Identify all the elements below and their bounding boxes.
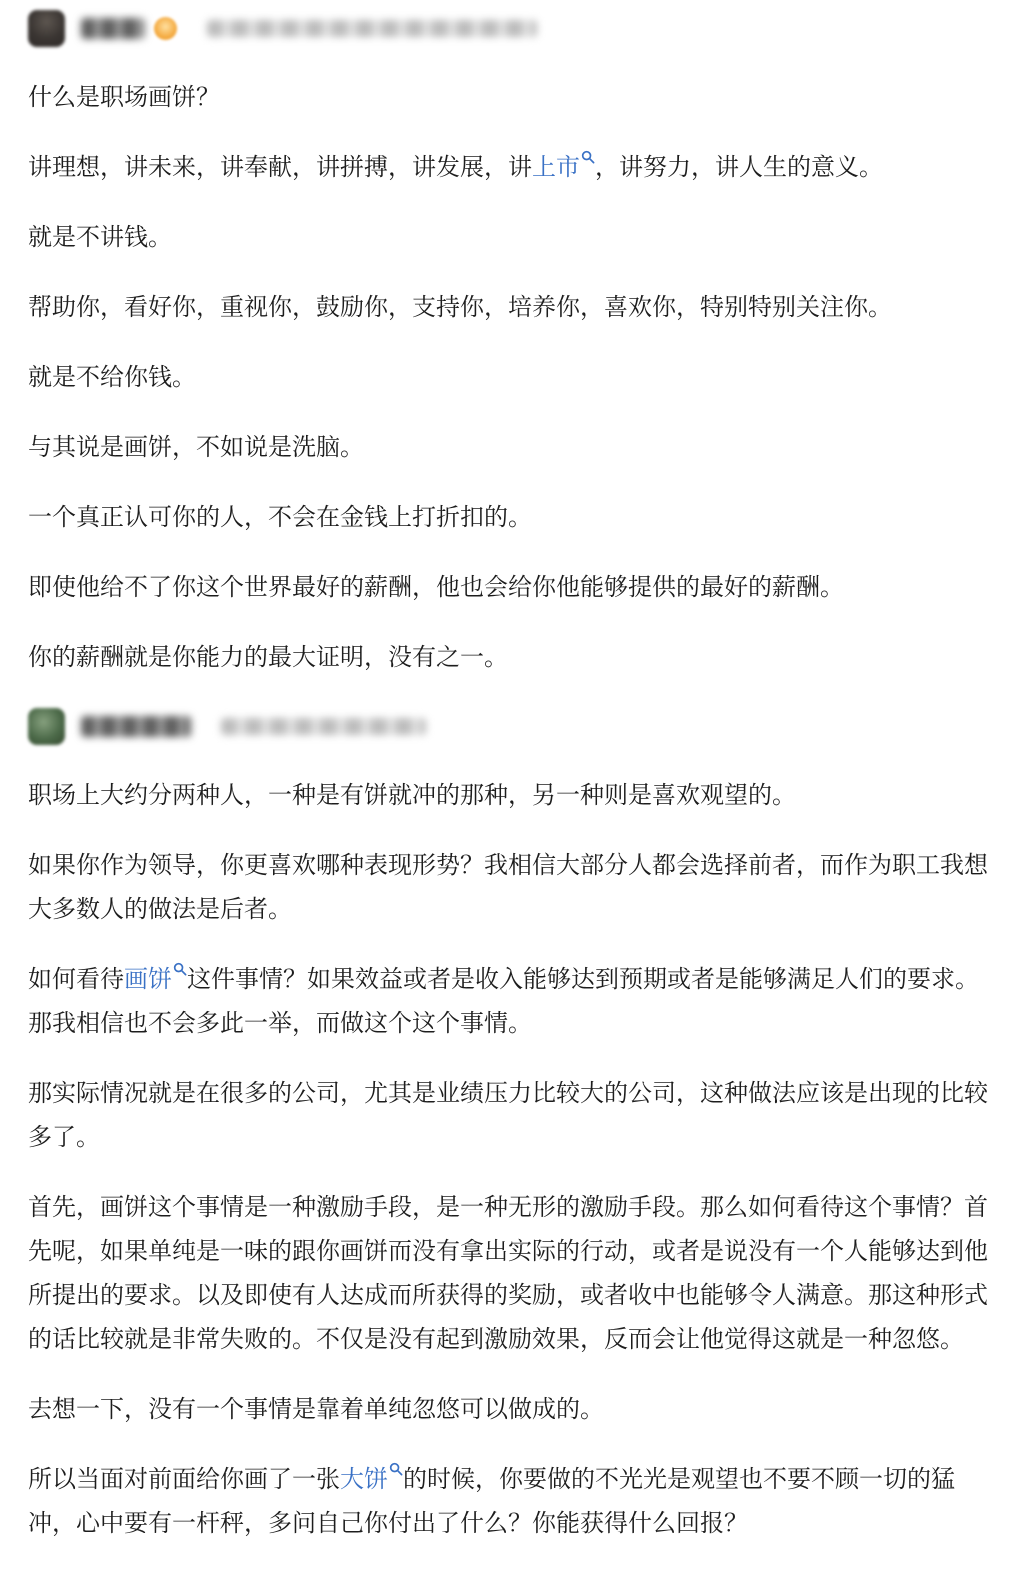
paragraph: 你的薪酬就是你能力的最大证明，没有之一。: [28, 636, 996, 680]
paragraph: 就是不给你钱。: [28, 356, 996, 400]
paragraph: 与其说是画饼，不如说是洗脑。: [28, 426, 996, 470]
answer-1: 什么是职场画饼？ 讲理想，讲未来，讲奉献，讲拼搏，讲发展，讲上市，讲努力，讲人生…: [28, 8, 996, 680]
paragraph: 什么是职场画饼？: [28, 76, 996, 120]
username-blurred[interactable]: [81, 716, 191, 737]
author-bio-blurred: [207, 20, 537, 37]
link-label: 画饼: [124, 966, 172, 993]
text-segment: ，讲努力，讲人生的意义。: [595, 154, 883, 181]
link-label: 大饼: [340, 1466, 388, 1493]
search-link-dabing[interactable]: 大饼: [340, 1466, 403, 1493]
paragraph: 去想一下，没有一个事情是靠着单纯忽悠可以做成的。: [28, 1388, 996, 1432]
answers-feed: 什么是职场画饼？ 讲理想，讲未来，讲奉献，讲拼搏，讲发展，讲上市，讲努力，讲人生…: [0, 0, 1024, 1572]
paragraph: 所以当面对前面给你画了一张大饼的时候，你要做的不光光是观望也不要不顾一切的猛冲，…: [28, 1458, 996, 1546]
search-icon: [581, 150, 595, 164]
author-bio-blurred: [221, 718, 426, 735]
paragraph: 就是不讲钱。: [28, 216, 996, 260]
paragraph: 一个真正认可你的人，不会在金钱上打折扣的。: [28, 496, 996, 540]
link-label: 上市: [532, 154, 580, 181]
text-segment: 所以当面对前面给你画了一张: [28, 1466, 340, 1493]
paragraph: 如果你作为领导，你更喜欢哪种表现形势？我相信大部分人都会选择前者，而作为职工我想…: [28, 844, 996, 932]
paragraph: 如何看待画饼这件事情？如果效益或者是收入能够达到预期或者是能够满足人们的要求。那…: [28, 958, 996, 1046]
search-icon: [173, 962, 187, 976]
avatar[interactable]: [28, 708, 65, 745]
text-segment: 如何看待: [28, 966, 124, 993]
text-segment: 讲理想，讲未来，讲奉献，讲拼搏，讲发展，讲: [28, 154, 532, 181]
search-icon: [389, 1462, 403, 1476]
paragraph: 即使他给不了你这个世界最好的薪酬，他也会给你他能够提供的最好的薪酬。: [28, 566, 996, 610]
paragraph: 职场上大约分两种人，一种是有饼就冲的那种，另一种则是喜欢观望的。: [28, 774, 996, 818]
username-blurred[interactable]: [81, 18, 145, 39]
search-link-huabing[interactable]: 画饼: [124, 966, 187, 993]
answer-2: 职场上大约分两种人，一种是有饼就冲的那种，另一种则是喜欢观望的。 如果你作为领导…: [28, 706, 996, 1546]
membership-badge-icon: [154, 17, 177, 40]
paragraph: 那实际情况就是在很多的公司，尤其是业绩压力比较大的公司，这种做法应该是出现的比较…: [28, 1072, 996, 1160]
avatar[interactable]: [28, 10, 65, 47]
paragraph: 讲理想，讲未来，讲奉献，讲拼搏，讲发展，讲上市，讲努力，讲人生的意义。: [28, 146, 996, 190]
search-link-shangshi[interactable]: 上市: [532, 154, 595, 181]
paragraph: 帮助你，看好你，重视你，鼓励你，支持你，培养你，喜欢你，特别特别关注你。: [28, 286, 996, 330]
paragraph: 首先，画饼这个事情是一种激励手段，是一种无形的激励手段。那么如何看待这个事情？首…: [28, 1186, 996, 1362]
author-header-2: [28, 706, 996, 746]
author-header-1: [28, 8, 996, 48]
